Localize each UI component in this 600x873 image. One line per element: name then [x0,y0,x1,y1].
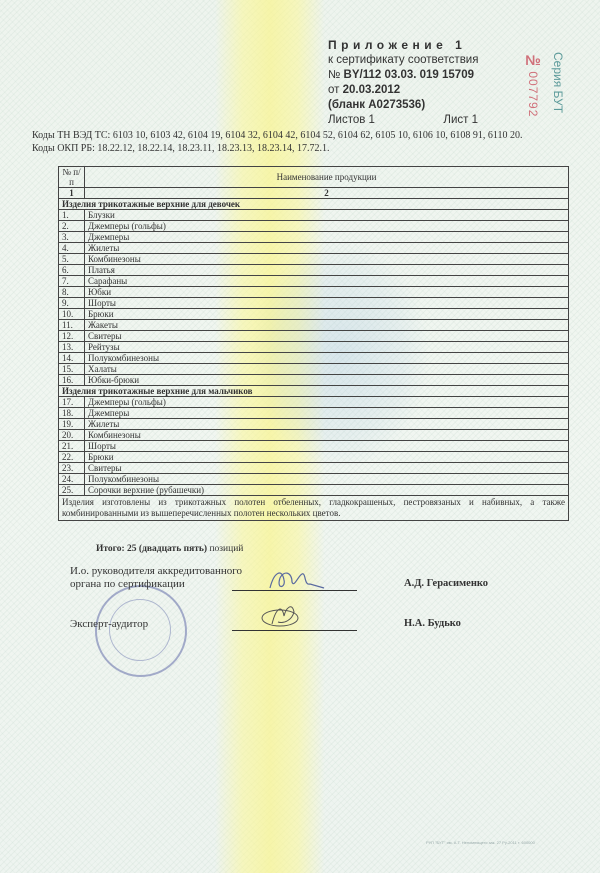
item-name: Рейтузы [85,342,569,353]
item-number: 14. [59,353,85,364]
item-number: 10. [59,309,85,320]
head-signature [262,566,332,594]
item-name: Полукомбинезоны [85,353,569,364]
item-name: Юбки-брюки [85,375,569,386]
item-name: Сарафаны [85,276,569,287]
item-number: 1. [59,210,85,221]
item-name: Свитеры [85,463,569,474]
product-codes: Коды ТН ВЭД ТС: 6103 10, 6103 42, 6104 1… [32,130,572,155]
column-numbers-row: 1 2 [59,188,569,199]
table-row: 16.Юбки-брюки [59,375,569,386]
total-count: 25 [127,544,137,554]
date-prefix: от [328,84,339,96]
item-name: Полукомбинезоны [85,474,569,485]
item-name: Блузки [85,210,569,221]
item-number: 12. [59,331,85,342]
certificate-date: 20.03.2012 [343,84,401,96]
print-info: РУП "БУТ" им. А.Т. Непомнящего зак. 27 Р… [426,840,535,845]
sheet-number: Лист 1 [443,113,478,128]
sheets-line: Листов 1 Лист 1 [328,113,478,128]
sheets-total: Листов 1 [328,113,375,128]
auditor-signature [258,598,308,630]
table-row: 20.Комбинезоны [59,430,569,441]
item-name: Джемперы (гольфы) [85,397,569,408]
item-number: 16. [59,375,85,386]
item-number: 11. [59,320,85,331]
annex-header: Приложение 1 к сертификату соответствия … [328,38,478,128]
item-number: 23. [59,463,85,474]
total-words: (двадцать пять) [139,544,207,554]
table-row: 17.Джемперы (гольфы) [59,397,569,408]
item-number: 8. [59,287,85,298]
series-label: Серия БУТ [551,52,565,113]
table-row: 9.Шорты [59,298,569,309]
head-name: А.Д. Герасименко [404,578,488,589]
item-number: 7. [59,276,85,287]
table-row: 18.Джемперы [59,408,569,419]
tn-ved-codes: Коды ТН ВЭД ТС: 6103 10, 6103 42, 6104 1… [32,130,572,143]
serial-number: № 007792 [525,52,541,117]
certificate-number: BY/112 03.03. 019 15709 [344,69,474,81]
item-number: 9. [59,298,85,309]
table-row: 13.Рейтузы [59,342,569,353]
item-name: Шорты [85,441,569,452]
item-name: Жилеты [85,419,569,430]
item-name: Брюки [85,452,569,463]
item-number: 3. [59,232,85,243]
col-1: 1 [59,188,85,199]
head-role: И.о. руководителя аккредитованного орган… [70,565,245,591]
item-name: Халаты [85,364,569,375]
annex-title: Приложение 1 [328,38,478,53]
okp-codes: Коды ОКП РБ: 18.22.12, 18.22.14, 18.23.1… [32,143,572,156]
section-row: Изделия трикотажные верхние для девочек [59,199,569,210]
item-number: 20. [59,430,85,441]
table-row: 15.Халаты [59,364,569,375]
table-row: 25.Сорочки верхние (рубашечки) [59,485,569,496]
table-row: 19.Жилеты [59,419,569,430]
item-name: Джемперы (гольфы) [85,221,569,232]
header-num: № п/п [59,167,85,188]
number-sign: № [525,52,541,68]
blank-number: (бланк А0273536) [328,99,425,111]
item-name: Юбки [85,287,569,298]
section-title: Изделия трикотажные верхние для девочек [59,199,569,210]
item-name: Комбинезоны [85,254,569,265]
table-row: 22.Брюки [59,452,569,463]
section-row: Изделия трикотажные верхние для мальчико… [59,386,569,397]
item-name: Комбинезоны [85,430,569,441]
table-row: 14.Полукомбинезоны [59,353,569,364]
item-number: 15. [59,364,85,375]
col-2: 2 [85,188,569,199]
annex-subtitle: к сертификату соответствия [328,53,478,68]
total-label: Итого: [96,544,125,554]
item-number: 17. [59,397,85,408]
certificate-number-line: № BY/112 03.03. 019 15709 [328,68,478,83]
item-name: Джемперы [85,232,569,243]
table-header-row: № п/п Наименование продукции [59,167,569,188]
item-name: Джемперы [85,408,569,419]
certificate-date-line: от 20.03.2012 [328,83,478,98]
table-row: 23.Свитеры [59,463,569,474]
item-number: 18. [59,408,85,419]
item-number: 6. [59,265,85,276]
item-name: Сорочки верхние (рубашечки) [85,485,569,496]
table-row: 5.Комбинезоны [59,254,569,265]
note-row: Изделия изготовлены из трикотажных полот… [59,496,569,521]
section-title: Изделия трикотажные верхние для мальчико… [59,386,569,397]
table-row: 7.Сарафаны [59,276,569,287]
item-number: 4. [59,243,85,254]
total-line: Итого: 25 (двадцать пять) позиций [96,544,243,554]
table-row: 12.Свитеры [59,331,569,342]
item-name: Жилеты [85,243,569,254]
item-name: Свитеры [85,331,569,342]
official-stamp [95,585,187,677]
table-row: 2.Джемперы (гольфы) [59,221,569,232]
products-table: № п/п Наименование продукции 1 2 Изделия… [58,166,569,521]
item-name: Брюки [85,309,569,320]
item-number: 13. [59,342,85,353]
table-row: 4.Жилеты [59,243,569,254]
table-row: 1.Блузки [59,210,569,221]
table-row: 3.Джемперы [59,232,569,243]
table-row: 24.Полукомбинезоны [59,474,569,485]
auditor-name: Н.А. Будько [404,618,461,629]
item-number: 2. [59,221,85,232]
total-suffix: позиций [209,544,243,554]
table-note: Изделия изготовлены из трикотажных полот… [59,496,569,521]
header-name: Наименование продукции [85,167,569,188]
item-name: Шорты [85,298,569,309]
item-number: 24. [59,474,85,485]
serial-digits: 007792 [526,71,540,117]
item-number: 22. [59,452,85,463]
item-name: Платья [85,265,569,276]
item-number: 5. [59,254,85,265]
auditor-role: Эксперт-аудитор [70,618,148,630]
item-name: Жакеты [85,320,569,331]
table-row: 6.Платья [59,265,569,276]
table-row: 10.Брюки [59,309,569,320]
auditor-signature-line [232,630,357,631]
table-row: 11.Жакеты [59,320,569,331]
item-number: 21. [59,441,85,452]
cert-prefix: № [328,69,340,81]
item-number: 19. [59,419,85,430]
table-row: 8.Юбки [59,287,569,298]
table-row: 21.Шорты [59,441,569,452]
item-number: 25. [59,485,85,496]
